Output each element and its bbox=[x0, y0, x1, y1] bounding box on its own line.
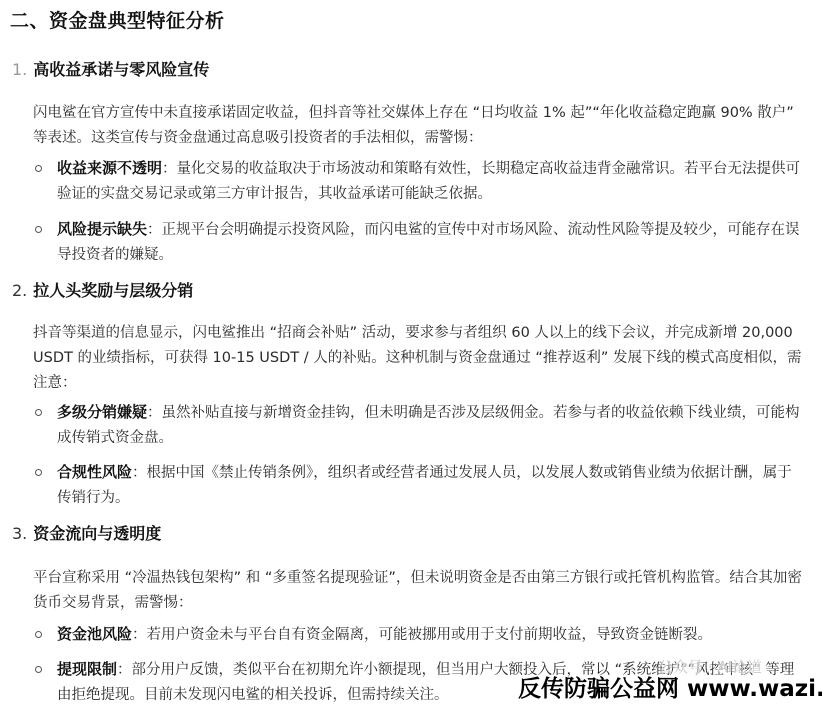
item-heading-text: 拉人头奖励与层级分销 bbox=[33, 281, 193, 300]
hollow-circle-bullet-icon bbox=[35, 409, 42, 416]
item-heading-2: 2.拉人头奖励与层级分销 bbox=[12, 278, 193, 301]
item-heading-text: 高收益承诺与零风险宣传 bbox=[33, 60, 209, 79]
bullet-text: ：正规平台会明确提示投资风险，而闪电鲨的宣传中对市场风险、流动性风险等提及较少，… bbox=[57, 222, 800, 263]
bullet-text: ：虽然补贴直接与新增资金挂钩，但未明确是否涉及层级佣金。若参与者的收益依赖下线业… bbox=[57, 405, 800, 446]
hollow-circle-bullet-icon bbox=[35, 469, 42, 476]
bullet-label: 合规性风险 bbox=[57, 463, 132, 481]
bullet-item: 收益来源不透明：量化交易的收益取决于市场波动和策略有效性，长期稳定高收益违背金融… bbox=[33, 156, 803, 207]
item-intro-3: 平台宣称采用 “冷温热钱包架构” 和 “多重签名提现验证”，但未说明资金是否由第… bbox=[33, 566, 803, 616]
item-number: 1. bbox=[12, 60, 27, 79]
bullet-text: ：若用户资金未与平台自有资金隔离，可能被挪用或用于支付前期收益，导致资金链断裂。 bbox=[132, 627, 712, 643]
hollow-circle-bullet-icon bbox=[35, 165, 42, 172]
bullet-label: 提现限制 bbox=[57, 660, 117, 678]
item-number: 3. bbox=[12, 524, 27, 543]
bullet-label: 资金池风险 bbox=[57, 625, 132, 643]
bullet-item: 合规性风险：根据中国《禁止传销条例》，组织者或经营者通过发展人员，以发展人数或销… bbox=[33, 460, 803, 511]
section-title: 二、资金盘典型特征分析 bbox=[10, 6, 225, 33]
item-heading-1: 1.高收益承诺与零风险宣传 bbox=[12, 57, 209, 80]
hollow-circle-bullet-icon bbox=[35, 666, 42, 673]
bullet-label: 风险提示缺失 bbox=[57, 220, 147, 238]
bullet-item: 风险提示缺失：正规平台会明确提示投资风险，而闪电鲨的宣传中对市场风险、流动性风险… bbox=[33, 217, 803, 268]
item-heading-text: 资金流向与透明度 bbox=[33, 524, 161, 543]
bullet-label: 多级分销嫌疑 bbox=[57, 403, 147, 421]
bullet-item: 多级分销嫌疑：虽然补贴直接与新增资金挂钩，但未明确是否涉及层级佣金。若参与者的收… bbox=[33, 400, 803, 451]
faint-watermark: 公众号 · AI论道 bbox=[658, 656, 762, 677]
item-number: 2. bbox=[12, 281, 27, 300]
bullet-text: ：量化交易的收益取决于市场波动和策略有效性，长期稳定高收益违背金融常识。若平台无… bbox=[57, 161, 800, 202]
hollow-circle-bullet-icon bbox=[35, 631, 42, 638]
item-intro-1: 闪电鲨在官方宣传中未直接承诺固定收益，但抖音等社交媒体上存在 “日均收益 1% … bbox=[33, 101, 803, 151]
bullet-text: ：根据中国《禁止传销条例》，组织者或经营者通过发展人员，以发展人数或销售业绩为依… bbox=[57, 465, 792, 506]
item-heading-3: 3.资金流向与透明度 bbox=[12, 521, 161, 544]
bullet-label: 收益来源不透明 bbox=[57, 159, 162, 177]
watermark-text: 反传防骗公益网 www.wazi.cc bbox=[518, 676, 822, 702]
item-intro-2: 抖音等渠道的信息显示，闪电鲨推出 “招商会补贴” 活动，要求参与者组织 60 人… bbox=[33, 321, 803, 396]
bullet-item: 资金池风险：若用户资金未与平台自有资金隔离，可能被挪用或用于支付前期收益，导致资… bbox=[33, 622, 803, 648]
watermark: 公众号 · AI论道 反传防骗公益网 www.wazi.cc bbox=[518, 670, 822, 703]
hollow-circle-bullet-icon bbox=[35, 226, 42, 233]
